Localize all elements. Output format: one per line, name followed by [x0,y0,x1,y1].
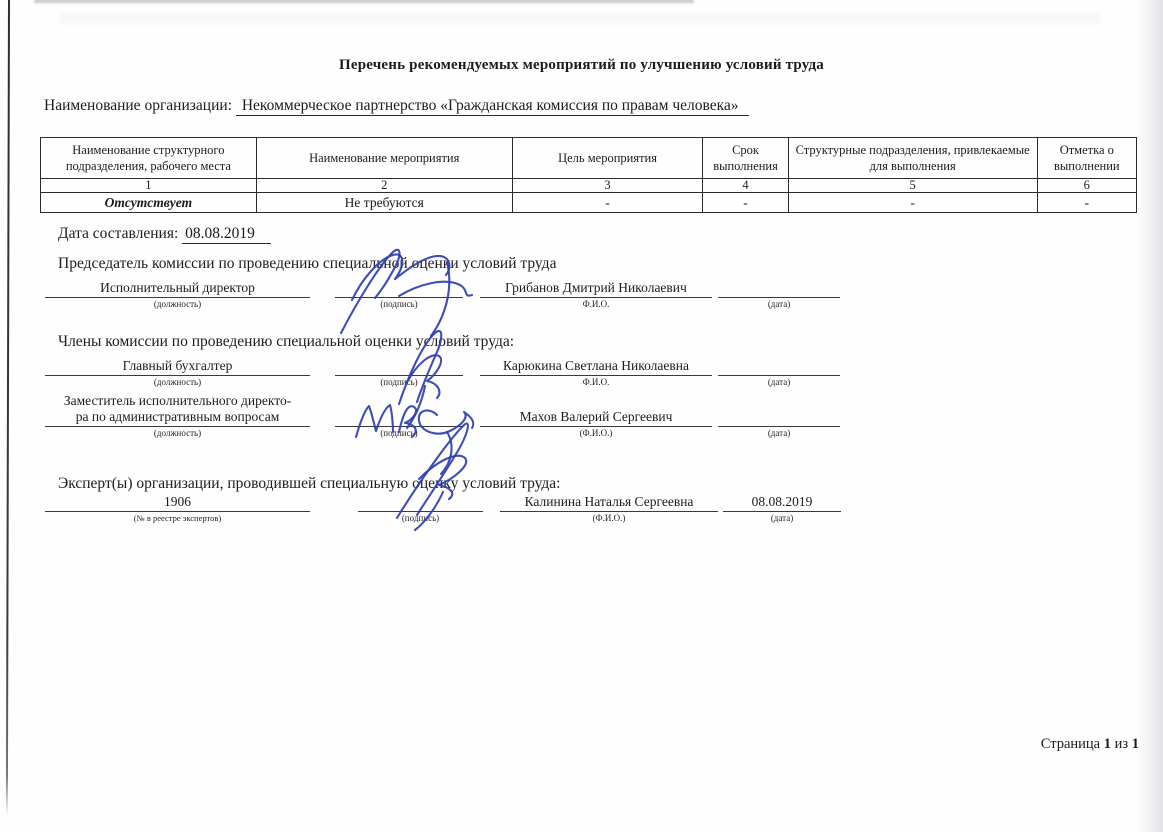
signature-date: 08.08.2019 [723,494,841,512]
position-caption: (должность) [45,376,310,389]
col-number: 6 [1037,179,1136,193]
signature-row-expert: 1906 (№ в реестре экспертов) (подпись) К… [0,477,1163,525]
date-field: 08.08.2019 (дата) [723,477,841,525]
signature-row-member-2: Заместитель исполнительного директо- ра … [0,392,1163,440]
position-field: Исполнительный директор (должность) [45,263,310,311]
date-caption: (дата) [718,376,840,389]
col-number: 5 [788,179,1037,193]
footer-total-pages: 1 [1132,736,1139,752]
document-title: Перечень рекомендуемых мероприятий по ул… [0,57,1163,74]
signature-field: (подпись) [335,341,463,389]
position-text: Заместитель исполнительного директо- [47,393,308,409]
cell-completion-mark: - [1037,193,1136,213]
person-name: Махов Валерий Сергеевич [480,409,712,427]
col-number: 1 [41,179,257,193]
col-header-goal: Цель мероприятия [512,138,703,179]
name-caption: Ф.И.О. [480,376,712,389]
organization-value: Некоммерческое партнерство «Гражданская … [236,97,749,116]
name-caption: (Ф.И.О.) [480,427,712,440]
compile-date-label: Дата составления: [58,225,178,242]
scanned-document-page: Перечень рекомендуемых мероприятий по ул… [0,0,1163,832]
position-text: Исполнительный директор [47,280,308,296]
cell-goal: - [512,193,703,213]
person-name: Калинина Наталья Сергеевна [500,494,718,512]
footer-prefix: Страница [1041,736,1100,752]
scan-smudge-top [60,14,1100,28]
date-field: (дата) [718,341,840,389]
footer-current-page: 1 [1104,736,1111,752]
position-field: Главный бухгалтер (должность) [45,341,310,389]
registry-number-field: 1906 (№ в реестре экспертов) [45,477,310,525]
name-field: Грибанов Дмитрий Николаевич Ф.И.О. [480,263,712,311]
position-text: Главный бухгалтер [47,358,308,374]
organization-label: Наименование организации: [44,97,232,114]
col-header-involved-units: Структурные подразделения, привлекаемые … [788,138,1037,179]
compile-date-line: Дата составления: 08.08.2019 [58,225,271,243]
position-caption: (должность) [45,427,310,440]
date-caption: (дата) [718,298,840,311]
signature-caption: (подпись) [335,298,463,311]
signature-row-chairman: Исполнительный директор (должность) (под… [0,263,1163,311]
registry-number: 1906 [47,494,308,510]
measures-table: Наименование структурного подразделения,… [40,137,1137,213]
registry-number-caption: (№ в реестре экспертов) [45,512,310,525]
position-field: Заместитель исполнительного директо- ра … [45,392,310,440]
col-number: 3 [512,179,703,193]
date-field: (дата) [718,392,840,440]
signature-field: (подпись) [335,263,463,311]
scan-edge-artifact-top [34,0,694,5]
signature-row-member-1: Главный бухгалтер (должность) (подпись) … [0,341,1163,389]
page-number-footer: Страница 1 из 1 [1041,736,1139,753]
col-header-completion-mark: Отметка о выполнении [1037,138,1136,179]
person-name: Грибанов Дмитрий Николаевич [480,280,712,298]
table-header-row: Наименование структурного подразделения,… [41,138,1137,179]
col-header-department: Наименование структурного подразделения,… [41,138,257,179]
cell-measure: Не требуются [256,193,512,213]
col-header-deadline: Срок выполнения [703,138,788,179]
col-number: 4 [703,179,788,193]
name-field: Калинина Наталья Сергеевна (Ф.И.О.) [500,477,718,525]
compile-date-value: 08.08.2019 [182,225,271,244]
footer-separator: из [1115,736,1129,752]
date-caption: (дата) [723,512,841,525]
cell-involved-units: - [788,193,1037,213]
signature-caption: (подпись) [335,376,463,389]
date-caption: (дата) [718,427,840,440]
signature-caption: (подпись) [358,512,483,525]
col-header-measure: Наименование мероприятия [256,138,512,179]
signature-field: (подпись) [358,477,483,525]
cell-deadline: - [703,193,788,213]
table-column-number-row: 1 2 3 4 5 6 [41,179,1137,193]
date-field: (дата) [718,263,840,311]
col-number: 2 [256,179,512,193]
signature-field: (подпись) [335,392,463,440]
signature-caption: (подпись) [335,427,463,440]
person-name: Карюкина Светлана Николаевна [480,358,712,376]
organization-line: Наименование организации: Некоммерческое… [44,97,749,115]
name-field: Махов Валерий Сергеевич (Ф.И.О.) [480,392,712,440]
name-field: Карюкина Светлана Николаевна Ф.И.О. [480,341,712,389]
table-row: Отсутствует Не требуются - - - - [41,193,1137,213]
name-caption: Ф.И.О. [480,298,712,311]
position-text-line2: ра по административным вопросам [47,409,308,425]
cell-department: Отсутствует [41,193,257,213]
name-caption: (Ф.И.О.) [500,512,718,525]
position-caption: (должность) [45,298,310,311]
